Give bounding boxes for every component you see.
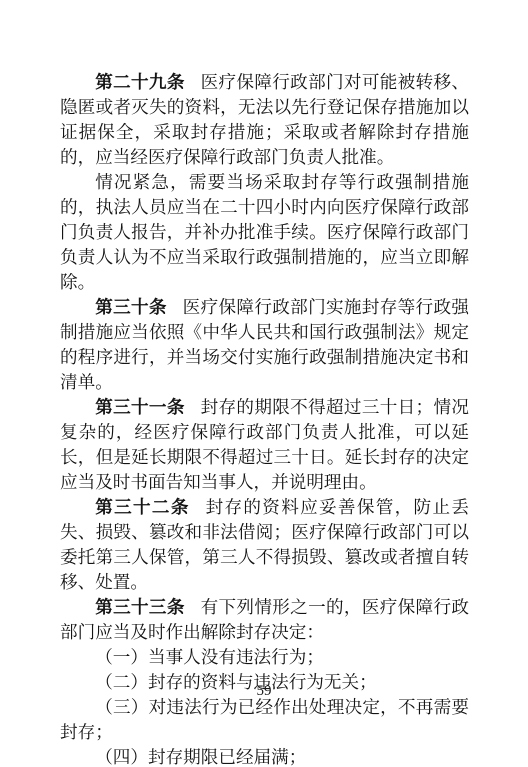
- article-number: 第二十九条: [95, 72, 185, 92]
- list-item: （一）当事人没有违法行为；: [60, 645, 469, 670]
- article-number: 第三十二条: [95, 497, 190, 517]
- list-item: （三）对违法行为已经作出处理决定，不再需要封存；: [60, 695, 469, 745]
- article-number: 第三十三条: [95, 597, 185, 617]
- article-number: 第三十一条: [95, 397, 185, 417]
- page-number: 59: [257, 683, 272, 699]
- document-page: 第二十九条医疗保障行政部门对可能被转移、隐匿或者灭失的资料，无法以先行登记保存措…: [0, 0, 528, 767]
- page-footer: 59: [0, 681, 528, 701]
- article-paragraph: 第二十九条医疗保障行政部门对可能被转移、隐匿或者灭失的资料，无法以先行登记保存措…: [60, 70, 469, 170]
- article-paragraph: 第三十条医疗保障行政部门实施封存等行政强制措施应当依照《中华人民共和国行政强制法…: [60, 295, 469, 395]
- paragraph-text: （三）对违法行为已经作出处理决定，不再需要封存；: [60, 697, 469, 742]
- list-item: （四）封存期限已经届满；: [60, 745, 469, 767]
- article-paragraph: 第三十三条有下列情形之一的，医疗保障行政部门应当及时作出解除封存决定：: [60, 595, 469, 645]
- article-number: 第三十条: [95, 297, 167, 317]
- page-body: 第二十九条医疗保障行政部门对可能被转移、隐匿或者灭失的资料，无法以先行登记保存措…: [60, 70, 469, 767]
- paragraph-text: （四）封存期限已经届满；: [95, 747, 306, 767]
- article-paragraph: 第三十二条封存的资料应妥善保管，防止丢失、损毁、篡改和非法借阅；医疗保障行政部门…: [60, 495, 469, 595]
- paragraph: 情况紧急，需要当场采取封存等行政强制措施的，执法人员应当在二十四小时内向医疗保障…: [60, 170, 469, 295]
- paragraph-text: 情况紧急，需要当场采取封存等行政强制措施的，执法人员应当在二十四小时内向医疗保障…: [60, 172, 469, 292]
- paragraph-text: （一）当事人没有违法行为；: [95, 647, 324, 667]
- article-paragraph: 第三十一条封存的期限不得超过三十日；情况复杂的，经医疗保障行政部门负责人批准，可…: [60, 395, 469, 495]
